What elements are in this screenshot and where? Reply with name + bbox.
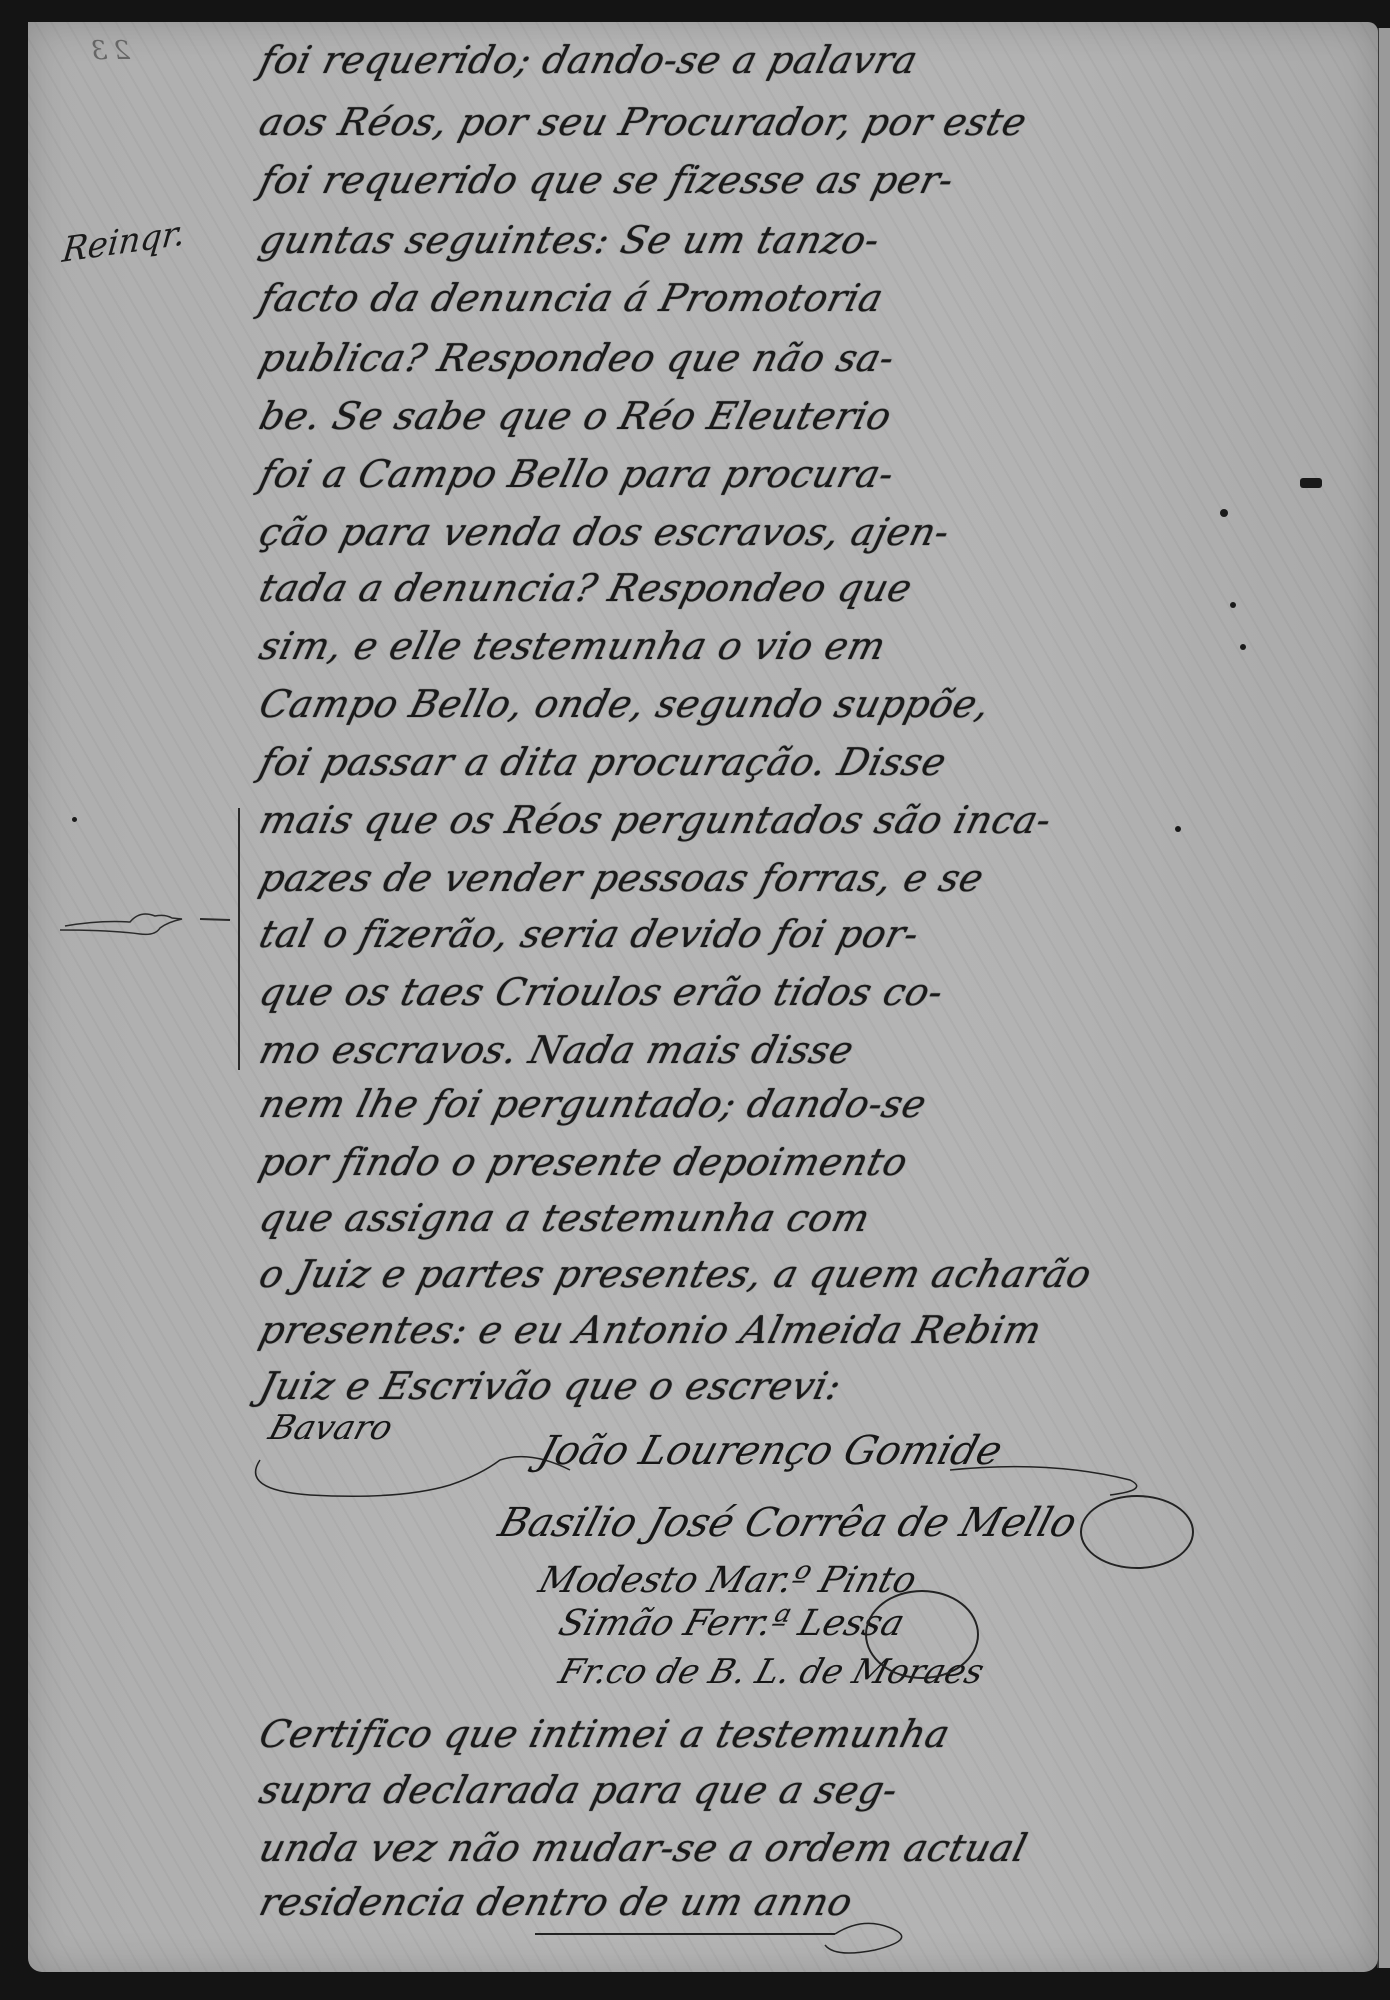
- closing-flourish: [535, 1920, 915, 1960]
- adjacent-page-edge: [1377, 28, 1390, 1968]
- signature-basilio-jose-correa-de-mello: Basilio José Corrêa de Mello: [493, 1500, 1082, 1546]
- ink-speck: [1175, 826, 1181, 832]
- signature-joao-lourenco-gomide: João Lourenço Gomide: [533, 1428, 1007, 1474]
- body-line: que assigna a testemunha com: [255, 1196, 1196, 1240]
- body-line: ção para venda dos escravos, ajen-: [255, 510, 1196, 554]
- ink-speck: [72, 817, 77, 822]
- body-line: sim, e elle testemunha o vio em: [255, 624, 1196, 668]
- body-line: foi passar a dita procuração. Disse: [255, 740, 1196, 784]
- body-line: mo escravos. Nada mais disse: [255, 1028, 1196, 1072]
- signature-bavaro: Bavaro: [264, 1408, 397, 1448]
- body-line: Juiz e Escrivão que o escrevi:: [255, 1364, 1196, 1408]
- body-line: foi requerido que se fizesse as per-: [255, 158, 1196, 202]
- ink-speck: [1220, 509, 1228, 517]
- ink-speck: [1240, 644, 1246, 650]
- signature-rubric-loop: [1080, 1495, 1194, 1569]
- body-line: publica? Respondeo que não sa-: [255, 336, 1196, 380]
- body-line: Campo Bello, onde, segundo suppõe,: [255, 682, 1196, 726]
- certification-line: unda vez não mudar-se a ordem actual: [255, 1826, 1196, 1870]
- body-line: tada a denuncia? Respondeo que: [255, 566, 1196, 610]
- body-line: presentes: e eu Antonio Almeida Rebim: [255, 1308, 1196, 1352]
- signature-rubric-loop: [865, 1590, 979, 1679]
- folio-number: 23: [85, 36, 130, 66]
- body-line: facto da denuncia á Promotoria: [255, 276, 1196, 320]
- body-line: nem lhe foi perguntado; dando-se: [255, 1082, 1196, 1126]
- certification-line: residencia dentro de um anno: [255, 1880, 1196, 1924]
- body-line: guntas seguintes: Se um tanzo-: [255, 218, 1196, 262]
- body-line: tal o fizerão, seria devido foi por-: [255, 912, 1196, 956]
- body-line: foi a Campo Bello para procura-: [255, 452, 1196, 496]
- signature-simao: Simão Ferr.ª Lessa: [554, 1603, 909, 1644]
- certification-line: Certifico que intimei a testemunha: [255, 1712, 1196, 1756]
- body-line: foi requerido; dando-se a palavra: [255, 38, 1196, 82]
- certification-line: supra declarada para que a seg-: [255, 1768, 1196, 1812]
- body-line: o Juiz e partes presentes, a quem acharã…: [255, 1252, 1196, 1296]
- body-line: aos Réos, por seu Procurador, por este: [255, 100, 1196, 144]
- manicule-pointing-hand-icon: [60, 900, 240, 940]
- margin-bracket: [238, 808, 250, 1070]
- body-line: que os taes Crioulos erão tidos co-: [255, 970, 1196, 1014]
- signature-modesto: Modesto Mar.º Pinto: [534, 1560, 921, 1601]
- body-line: be. Se sabe que o Réo Eleuterio: [255, 394, 1196, 438]
- ink-blot: [1300, 478, 1322, 488]
- body-line: mais que os Réos perguntados são inca-: [255, 798, 1196, 842]
- body-line: por findo o presente depoimento: [255, 1140, 1196, 1184]
- ink-speck: [1230, 602, 1236, 608]
- body-line: pazes de vender pessoas forras, e se: [255, 856, 1196, 900]
